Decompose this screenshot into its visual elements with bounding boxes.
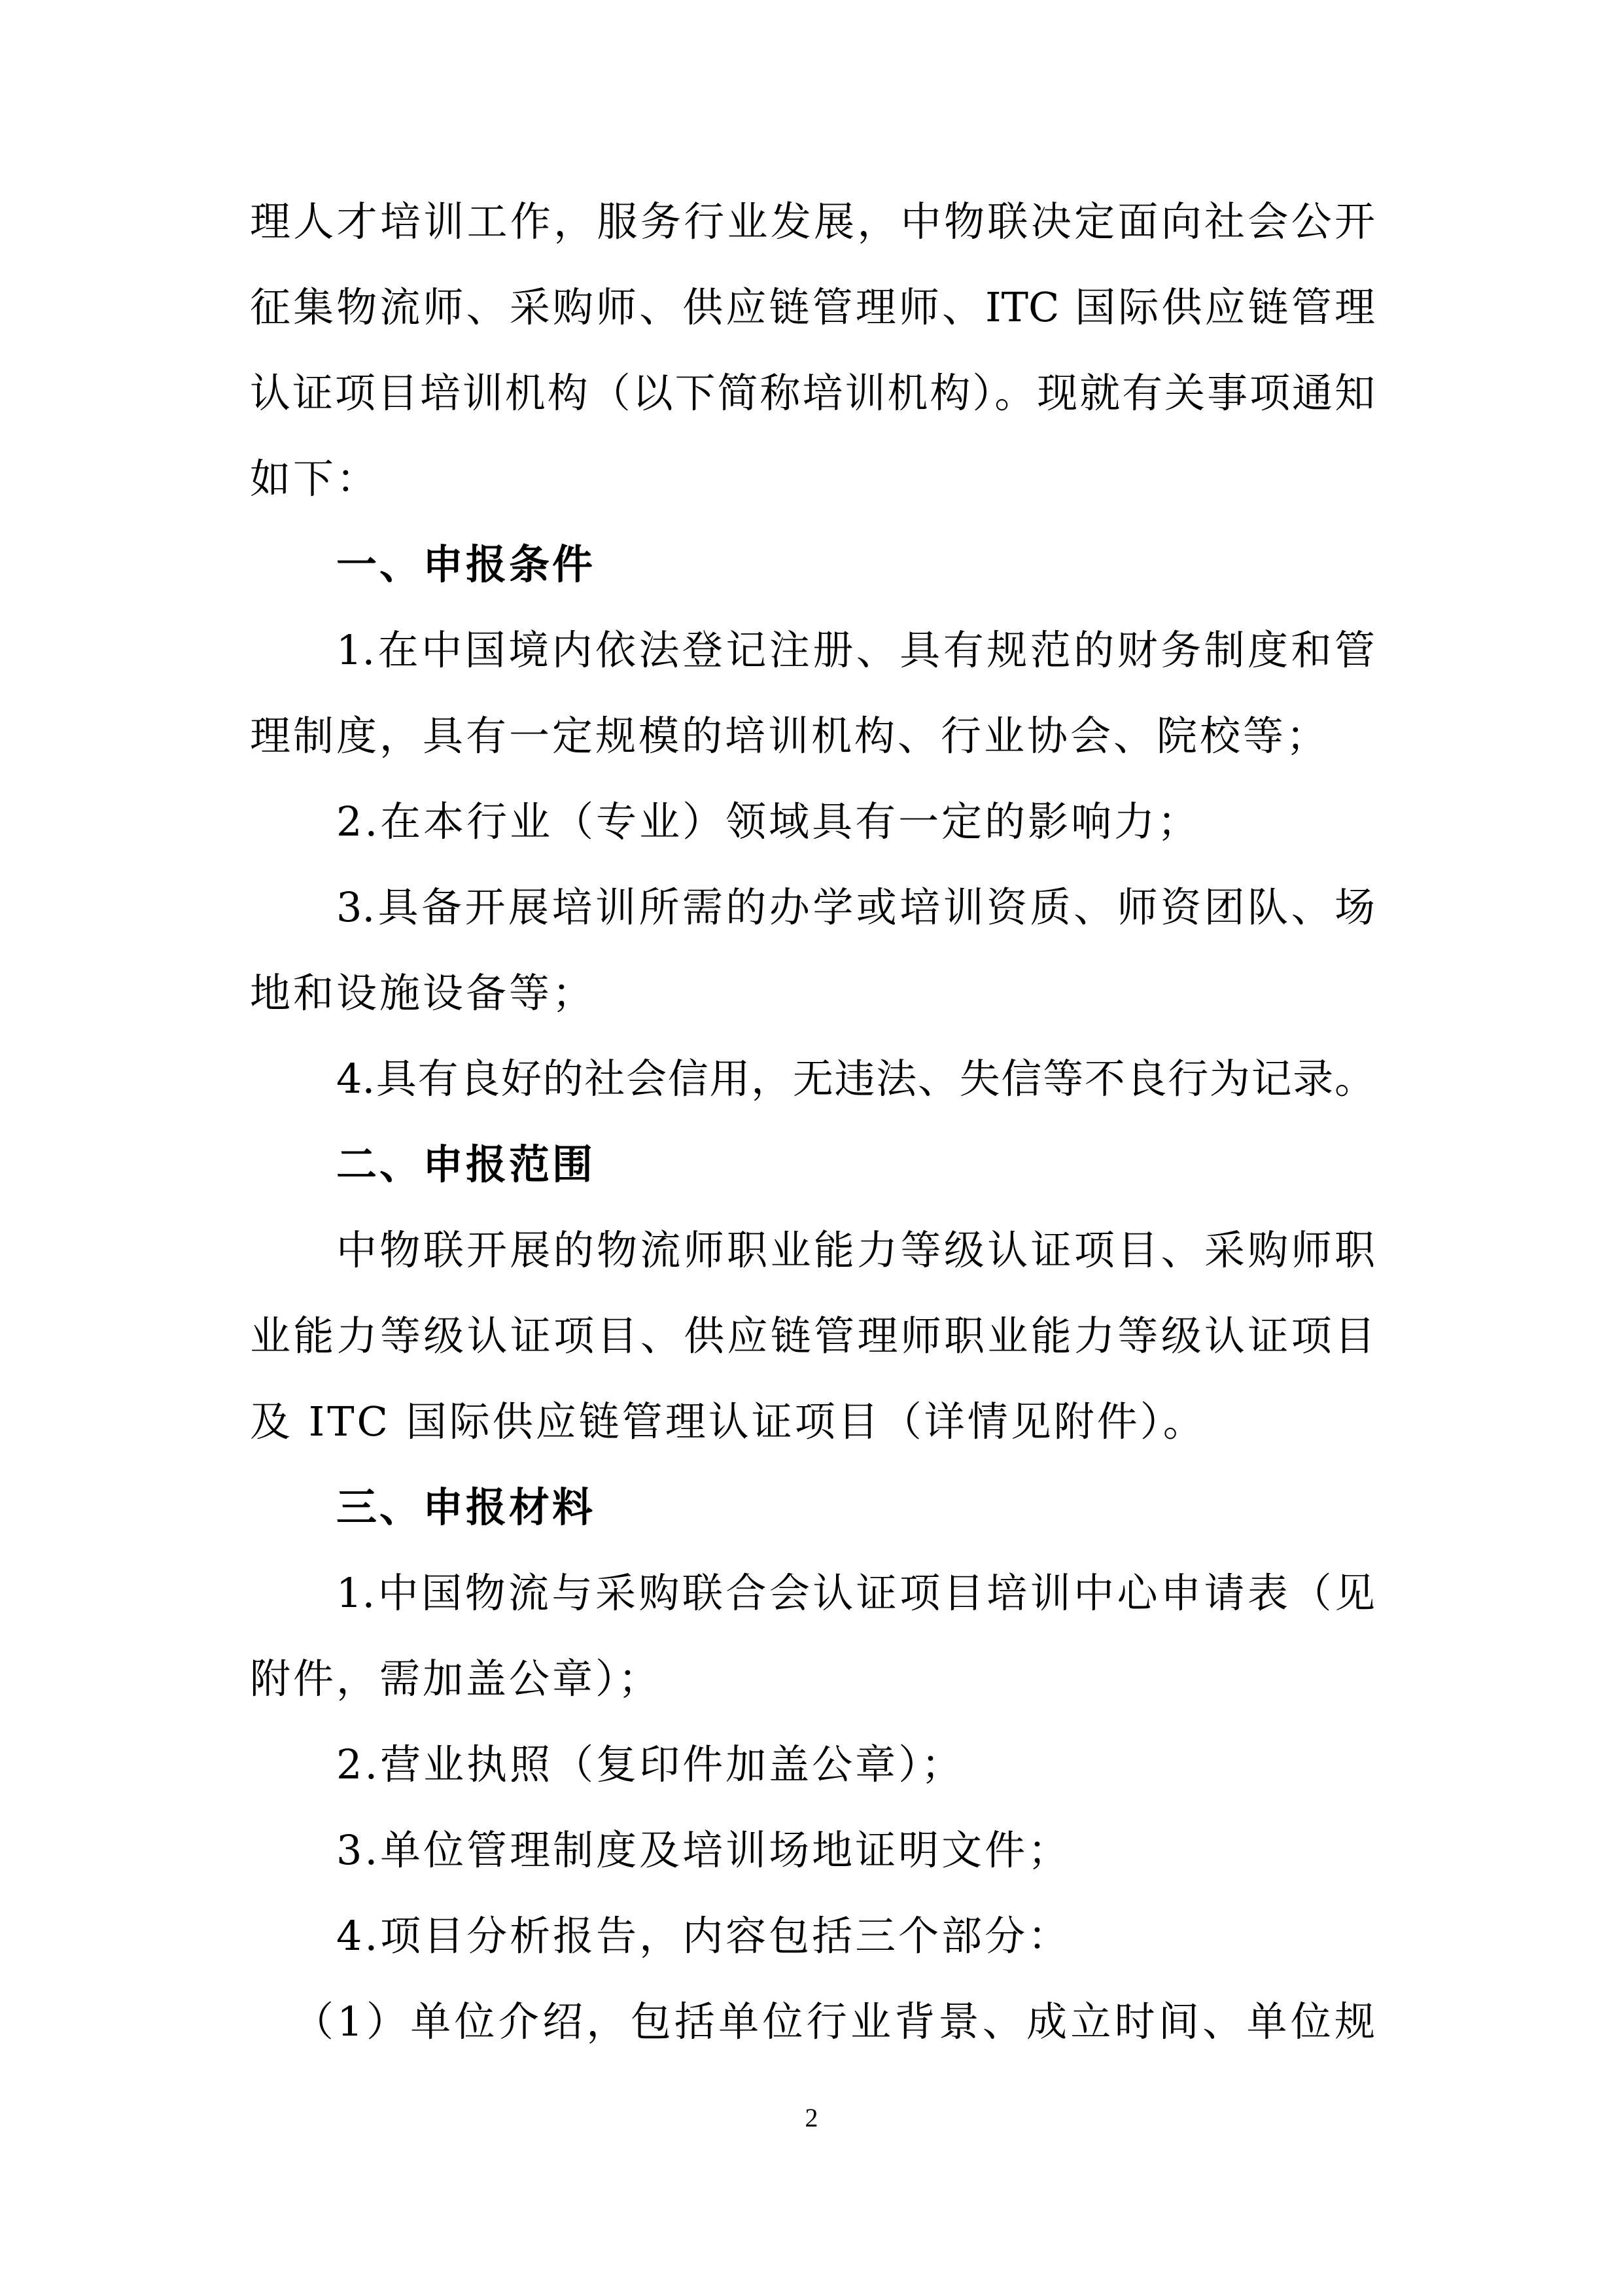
text-line: 征集物流师、采购师、供应链管理师、ITC 国际供应链管理 — [250, 264, 1375, 350]
list-item-line: 4.具有良好的社会信用，无违法、失信等不良行为记录。 — [250, 1036, 1375, 1122]
list-item-line: 3.单位管理制度及培训场地证明文件； — [250, 1807, 1375, 1893]
section-heading-conditions: 一、申报条件 — [250, 521, 1375, 607]
paragraph-line: 业能力等级认证项目、供应链管理师职业能力等级认证项目 — [250, 1293, 1375, 1379]
list-item-line: 1.中国物流与采购联合会认证项目培训中心申请表（见 — [250, 1550, 1375, 1636]
list-item-line: 2.在本行业（专业）领域具有一定的影响力； — [250, 779, 1375, 864]
section-heading-materials: 三、申报材料 — [250, 1464, 1375, 1550]
text-line: 理人才培训工作，服务行业发展，中物联决定面向社会公开 — [250, 179, 1375, 264]
paragraph-line: 及 ITC 国际供应链管理认证项目（详情见附件）。 — [250, 1379, 1375, 1464]
list-item-line: 4.项目分析报告，内容包括三个部分： — [250, 1893, 1375, 1979]
page-number: 2 — [0, 2102, 1623, 2134]
list-item-line: 1.在中国境内依法登记注册、具有规范的财务制度和管 — [250, 607, 1375, 693]
document-body: 理人才培训工作，服务行业发展，中物联决定面向社会公开 征集物流师、采购师、供应链… — [250, 179, 1375, 2064]
text-line: 如下： — [250, 436, 1375, 521]
list-item-line: 附件，需加盖公章）； — [250, 1636, 1375, 1722]
document-page: 理人才培训工作，服务行业发展，中物联决定面向社会公开 征集物流师、采购师、供应链… — [0, 0, 1623, 2296]
sub-item-line: （1）单位介绍，包括单位行业背景、成立时间、单位规 — [250, 1979, 1375, 2064]
list-item-line: 2.营业执照（复印件加盖公章）； — [250, 1722, 1375, 1807]
list-item-line: 3.具备开展培训所需的办学或培训资质、师资团队、场 — [250, 864, 1375, 950]
section-heading-scope: 二、申报范围 — [250, 1122, 1375, 1207]
list-item-line: 地和设施设备等； — [250, 950, 1375, 1036]
text-line: 认证项目培训机构（以下简称培训机构）。现就有关事项通知 — [250, 350, 1375, 436]
paragraph-line: 中物联开展的物流师职业能力等级认证项目、采购师职 — [250, 1207, 1375, 1293]
list-item-line: 理制度，具有一定规模的培训机构、行业协会、院校等； — [250, 693, 1375, 779]
